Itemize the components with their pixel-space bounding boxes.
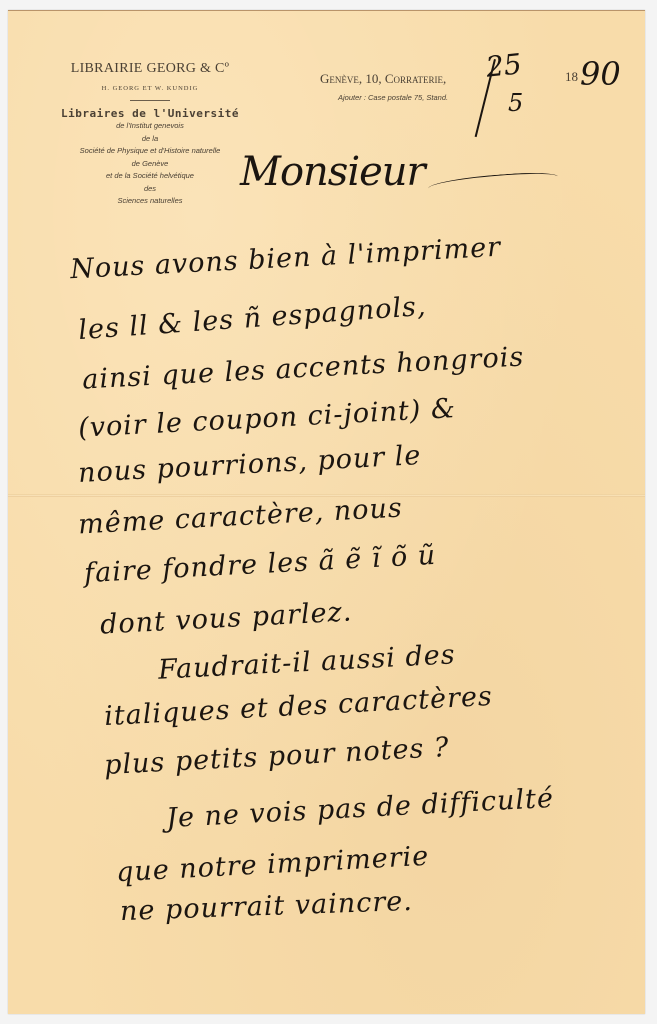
body-line: Nous avons bien à l'imprimer [69,232,501,286]
date-year-prefix: 18 [565,69,578,85]
body-line: Faudrait-il aussi des [157,639,456,686]
affiliation-line: Société de Physique et d'Histoire nature… [30,145,270,158]
university-title: Libraires de l'Université [30,107,270,120]
body-line: nous pourrions, pour le [77,440,422,489]
firm-name: LIBRAIRIE GEORG & Cº [30,61,270,77]
date-slash [475,59,496,137]
salutation-flourish [428,170,559,194]
salutation: Monsieur [240,149,425,195]
body-line: faire fondre les ã ẽ ĩ õ ũ [83,540,436,589]
body-line: plus petits pour notes ? [103,732,450,781]
affiliation-line: de la [30,133,270,146]
street-address: Genève, 10, Corraterie, [320,71,448,87]
affiliation-line: et de la Société helvétique [30,170,270,183]
letterhead-address: Genève, 10, Corraterie, Ajouter : Case p… [320,71,448,102]
body-line: dont vous parlez. [99,596,353,640]
body-line: (voir le coupon ci-joint) & [77,393,456,444]
firm-partners: H. GEORG ET W. KUNDIG [30,85,270,92]
body-line: ne pourrait vaincre. [120,886,414,927]
date-year-suffix: 90 [580,55,621,93]
divider [130,100,170,101]
affiliation-line: Sciences naturelles [30,195,270,208]
body-line: même caractère, nous [77,493,403,541]
postal-note: Ajouter : Case postale 75, Stand. [338,93,448,102]
date-month: 5 [508,89,524,117]
affiliation-line: de l'Institut genevois [30,120,270,133]
body-line: ainsi que les accents hongrois [81,341,524,395]
body-line: que notre imprimerie [115,841,430,888]
letter-sheet: LIBRAIRIE GEORG & Cº H. GEORG ET W. KUND… [8,10,645,1014]
affiliation-line: de Genève [30,158,270,171]
body-line: Je ne vois pas de difficulté [165,783,554,834]
body-line: italiques et des caractères [103,681,493,732]
body-line: les ll & les ñ espagnols, [77,291,427,346]
letterhead-left: LIBRAIRIE GEORG & Cº H. GEORG ET W. KUND… [30,61,270,208]
affiliation-line: des [30,183,270,196]
